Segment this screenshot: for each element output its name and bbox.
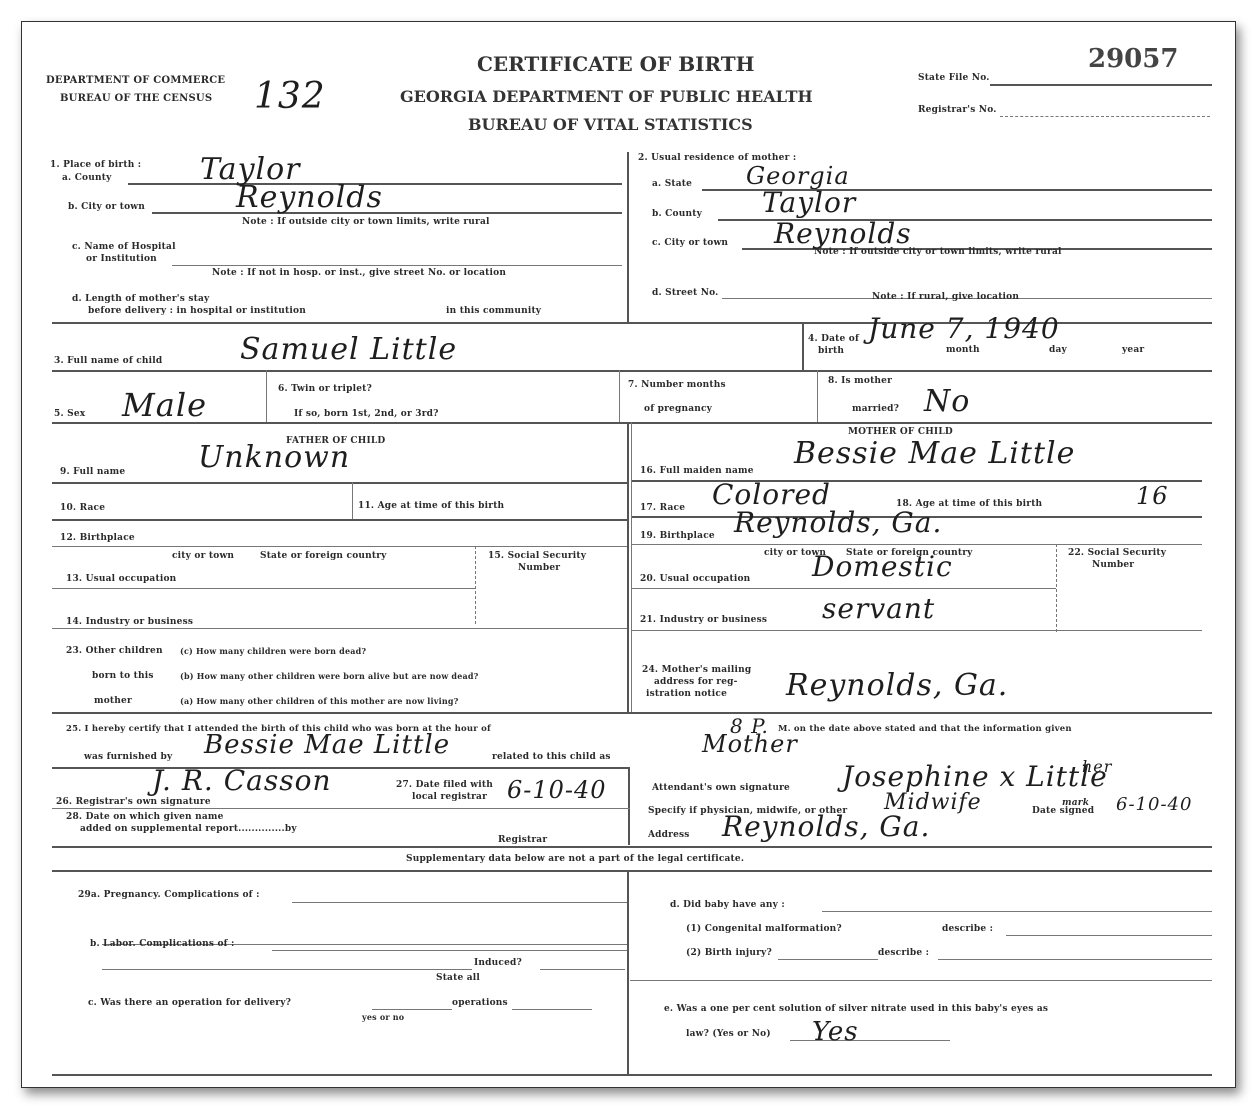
father-occupation-label: 13. Usual occupation xyxy=(66,574,176,584)
birth-injury-describe-line xyxy=(938,959,1212,960)
birth-county-label: a. County xyxy=(62,173,112,183)
registrar-number-line xyxy=(1000,116,1210,117)
supplementary-d-e-rule xyxy=(630,980,1212,981)
bottom-rule xyxy=(52,1074,1212,1076)
state-file-line xyxy=(990,84,1212,86)
attendant-address-label: Address xyxy=(648,830,690,840)
rule-before-supplementary xyxy=(52,846,1212,848)
supplementary-notice: Supplementary data below are not a part … xyxy=(406,854,744,864)
malformation-describe-label: describe : xyxy=(942,924,993,934)
date-filed-line xyxy=(52,808,630,809)
father-name-label: 9. Full name xyxy=(60,467,125,477)
mother-stay-hospital-label: before delivery : in hospital or institu… xyxy=(88,306,306,316)
married-value: No xyxy=(924,384,970,419)
labor-line-2 xyxy=(102,969,472,970)
operation-label: c. Was there an operation for delivery? xyxy=(88,998,291,1008)
supplemental-report-label: added on supplemental report............… xyxy=(80,824,297,834)
silver-nitrate-value: Yes xyxy=(812,1017,859,1047)
mother-ssn-divider xyxy=(1056,544,1057,632)
furnished-by-label: was furnished by xyxy=(84,752,172,762)
date-filed-label: 27. Date filed with xyxy=(396,780,493,790)
dob-label: 4. Date of xyxy=(808,334,859,344)
registrar-signature-value: J. R. Casson xyxy=(152,764,331,797)
mother-birthplace-value: Reynolds, Ga. xyxy=(734,506,942,539)
section-divider xyxy=(627,152,629,324)
induced-label: Induced? xyxy=(474,958,522,968)
mother-industry-value: servant xyxy=(822,592,935,625)
registrar-signature-label: 26. Registrar's own signature xyxy=(56,797,211,807)
induced-line xyxy=(540,969,625,970)
supplementary-divider xyxy=(627,870,629,1076)
twin-label: 6. Twin or triplet? xyxy=(278,384,372,394)
attendant-signature-value: Josephine x Little xyxy=(842,760,1108,793)
father-race-line xyxy=(52,519,627,521)
months-divider xyxy=(619,370,620,422)
mother-race-label: 17. Race xyxy=(640,503,685,513)
father-ssn-label: 15. Social Security xyxy=(488,551,586,561)
birth-injury-describe-label: describe : xyxy=(878,948,929,958)
birth-certificate-page: DEPARTMENT OF COMMERCE BUREAU OF THE CEN… xyxy=(21,21,1236,1088)
father-birthplace-line xyxy=(52,546,627,547)
rule-after-child-name xyxy=(52,370,1212,372)
certification-text-2: M. on the date above stated and that the… xyxy=(778,724,1072,734)
married-label: 8. Is mother xyxy=(828,376,892,386)
twin-sub-label: If so, born 1st, 2nd, or 3rd? xyxy=(294,409,439,419)
parents-divider-inner xyxy=(631,422,632,712)
yes-no-caption: yes or no xyxy=(362,1012,404,1022)
related-label: related to this child as xyxy=(492,752,611,762)
mother-mailing-label-2: address for reg- xyxy=(654,677,738,687)
mother-occupation-line xyxy=(632,588,1056,589)
mother-mailing-label-3: istration notice xyxy=(646,689,727,699)
child-name-label: 3. Full name of child xyxy=(54,356,162,366)
father-race-label: 10. Race xyxy=(60,503,105,513)
residence-street-label: d. Street No. xyxy=(652,288,719,298)
dob-value: June 7, 1940 xyxy=(868,312,1060,345)
father-occupation-line xyxy=(52,588,475,589)
registrar-box-top xyxy=(52,767,630,769)
birth-injury-line xyxy=(778,959,878,960)
twin-divider xyxy=(266,370,267,422)
pregnancy-complications-label: 29a. Pregnancy. Complications of : xyxy=(78,890,260,900)
malformation-describe-line xyxy=(1006,935,1212,936)
mother-industry-label: 21. Industry or business xyxy=(640,615,767,625)
other-children-label-2: born to this xyxy=(92,671,154,681)
mother-occupation-label: 20. Usual occupation xyxy=(640,574,750,584)
state-file-label: State File No. xyxy=(918,73,990,83)
father-race-divider xyxy=(352,482,353,520)
birth-city-label: b. City or town xyxy=(68,202,145,212)
institution-label: or Institution xyxy=(86,254,157,264)
hospital-line xyxy=(172,265,622,266)
operations-label: operations xyxy=(452,998,508,1008)
dob-year-caption: year xyxy=(1122,345,1144,355)
informant-value: Bessie Mae Little xyxy=(204,730,450,760)
mother-birthplace-label: 19. Birthplace xyxy=(640,531,715,541)
residence-city-value: Reynolds xyxy=(774,217,912,250)
residence-city-label: c. City or town xyxy=(652,238,728,248)
mother-stay-label: d. Length of mother's stay xyxy=(72,294,209,304)
attendant-signature-label: Attendant's own signature xyxy=(652,783,790,793)
mother-ssn-number-label: Number xyxy=(1092,560,1134,570)
residence-city-note: Note : If outside city or town limits, w… xyxy=(814,247,1062,257)
silver-nitrate-label: e. Was a one per cent solution of silver… xyxy=(664,1004,1048,1014)
father-ssn-divider xyxy=(475,546,476,624)
certificate-title: CERTIFICATE OF BIRTH xyxy=(477,52,755,76)
father-ssn-number-label: Number xyxy=(518,563,560,573)
labor-complications-label: b. Labor. Complications of : xyxy=(90,939,235,949)
residence-street-note: Note : If rural, give location xyxy=(872,292,1019,302)
supplemental-date-label: 28. Date on which given name xyxy=(66,812,224,822)
dept-commerce-line: DEPARTMENT OF COMMERCE xyxy=(46,75,225,86)
baby-any-label: d. Did baby have any : xyxy=(670,900,785,910)
census-code: 132 xyxy=(254,76,326,117)
married-sub: married? xyxy=(852,404,899,414)
state-all-caption: State all xyxy=(436,973,480,983)
rule-after-row-5 xyxy=(52,422,1212,424)
rule-after-section-24 xyxy=(52,712,1212,714)
mother-ssn-label: 22. Social Security xyxy=(1068,548,1166,558)
dob-divider xyxy=(802,322,804,370)
father-name-value: Unknown xyxy=(198,440,350,475)
father-industry-line xyxy=(52,628,627,629)
mother-occupation-value: Domestic xyxy=(812,550,953,583)
child-name-value: Samuel Little xyxy=(240,332,457,367)
registrar-number-label: Registrar's No. xyxy=(918,105,997,115)
dob-month-caption: month xyxy=(946,345,980,355)
sex-value: Male xyxy=(122,386,207,424)
birth-city-line xyxy=(152,212,622,214)
baby-any-line xyxy=(822,911,1212,912)
father-birthplace-label: 12. Birthplace xyxy=(60,533,135,543)
children-born-dead-question: (c) How many children were born dead? xyxy=(180,646,366,656)
relation-value: Mother xyxy=(702,730,798,758)
pregnancy-months-sub: of pregnancy xyxy=(644,404,712,414)
residence-county-value: Taylor xyxy=(762,186,856,219)
labor-line xyxy=(272,950,627,951)
birth-injury-label: (2) Birth injury? xyxy=(686,948,772,958)
birth-city-value: Reynolds xyxy=(236,180,383,215)
father-industry-label: 14. Industry or business xyxy=(66,617,193,627)
date-signed-value: 6-10-40 xyxy=(1116,794,1192,815)
birth-city-note: Note : If outside city or town limits, w… xyxy=(242,217,490,227)
rule-after-supplementary-notice xyxy=(52,870,1212,872)
mother-age-value: 16 xyxy=(1136,482,1169,510)
mother-name-value: Bessie Mae Little xyxy=(794,436,1075,471)
malformation-label: (1) Congenital malformation? xyxy=(686,924,842,934)
place-of-birth-heading: 1. Place of birth : xyxy=(50,160,141,170)
pregnancy-months-label: 7. Number months xyxy=(628,380,726,390)
registrar-box-right xyxy=(628,767,630,845)
date-signed-label: Date signed xyxy=(1032,806,1094,816)
father-city-caption: city or town xyxy=(172,551,234,561)
married-divider xyxy=(817,370,818,422)
mother-name-label: 16. Full maiden name xyxy=(640,466,754,476)
mother-mailing-value: Reynolds, Ga. xyxy=(786,668,1008,703)
hospital-note: Note : If not in hosp. or inst., give st… xyxy=(212,268,506,278)
mother-stay-community-label: in this community xyxy=(446,306,541,316)
hospital-label: c. Name of Hospital xyxy=(72,242,176,252)
dob-day-caption: day xyxy=(1049,345,1067,355)
father-name-line xyxy=(52,482,627,484)
operations-line xyxy=(512,1009,592,1010)
mother-industry-line xyxy=(632,630,1202,631)
other-children-label: 23. Other children xyxy=(66,646,163,656)
other-children-label-3: mother xyxy=(94,696,132,706)
operation-line xyxy=(372,1009,452,1010)
dob-label-birth: birth xyxy=(818,346,844,356)
father-age-label: 11. Age at time of this birth xyxy=(358,501,504,511)
residence-state-label: a. State xyxy=(652,179,692,189)
date-filed-value: 6-10-40 xyxy=(507,776,607,804)
father-state-caption: State or foreign country xyxy=(260,551,387,561)
children-living-question: (a) How many other children of this moth… xyxy=(180,696,459,706)
mother-birthplace-line xyxy=(632,544,1202,545)
date-filed-local-label: local registrar xyxy=(412,792,487,802)
mother-mailing-label: 24. Mother's mailing xyxy=(642,665,751,675)
sex-label: 5. Sex xyxy=(54,409,85,419)
state-file-number: 29057 xyxy=(1088,44,1178,74)
bureau-vital-statistics-title: BUREAU OF VITAL STATISTICS xyxy=(468,115,753,134)
parents-divider xyxy=(627,422,629,712)
dept-public-health-title: GEORGIA DEPARTMENT OF PUBLIC HEALTH xyxy=(400,87,813,106)
attendant-address-value: Reynolds, Ga. xyxy=(722,810,930,843)
children-now-dead-question: (b) How many other children were born al… xyxy=(180,671,479,681)
supplemental-registrar-caption: Registrar xyxy=(498,835,547,845)
bureau-census-line: BUREAU OF THE CENSUS xyxy=(60,93,212,104)
pregnancy-line xyxy=(292,902,627,903)
residence-county-label: b. County xyxy=(652,209,702,219)
silver-nitrate-label-2: law? (Yes or No) xyxy=(686,1029,771,1039)
